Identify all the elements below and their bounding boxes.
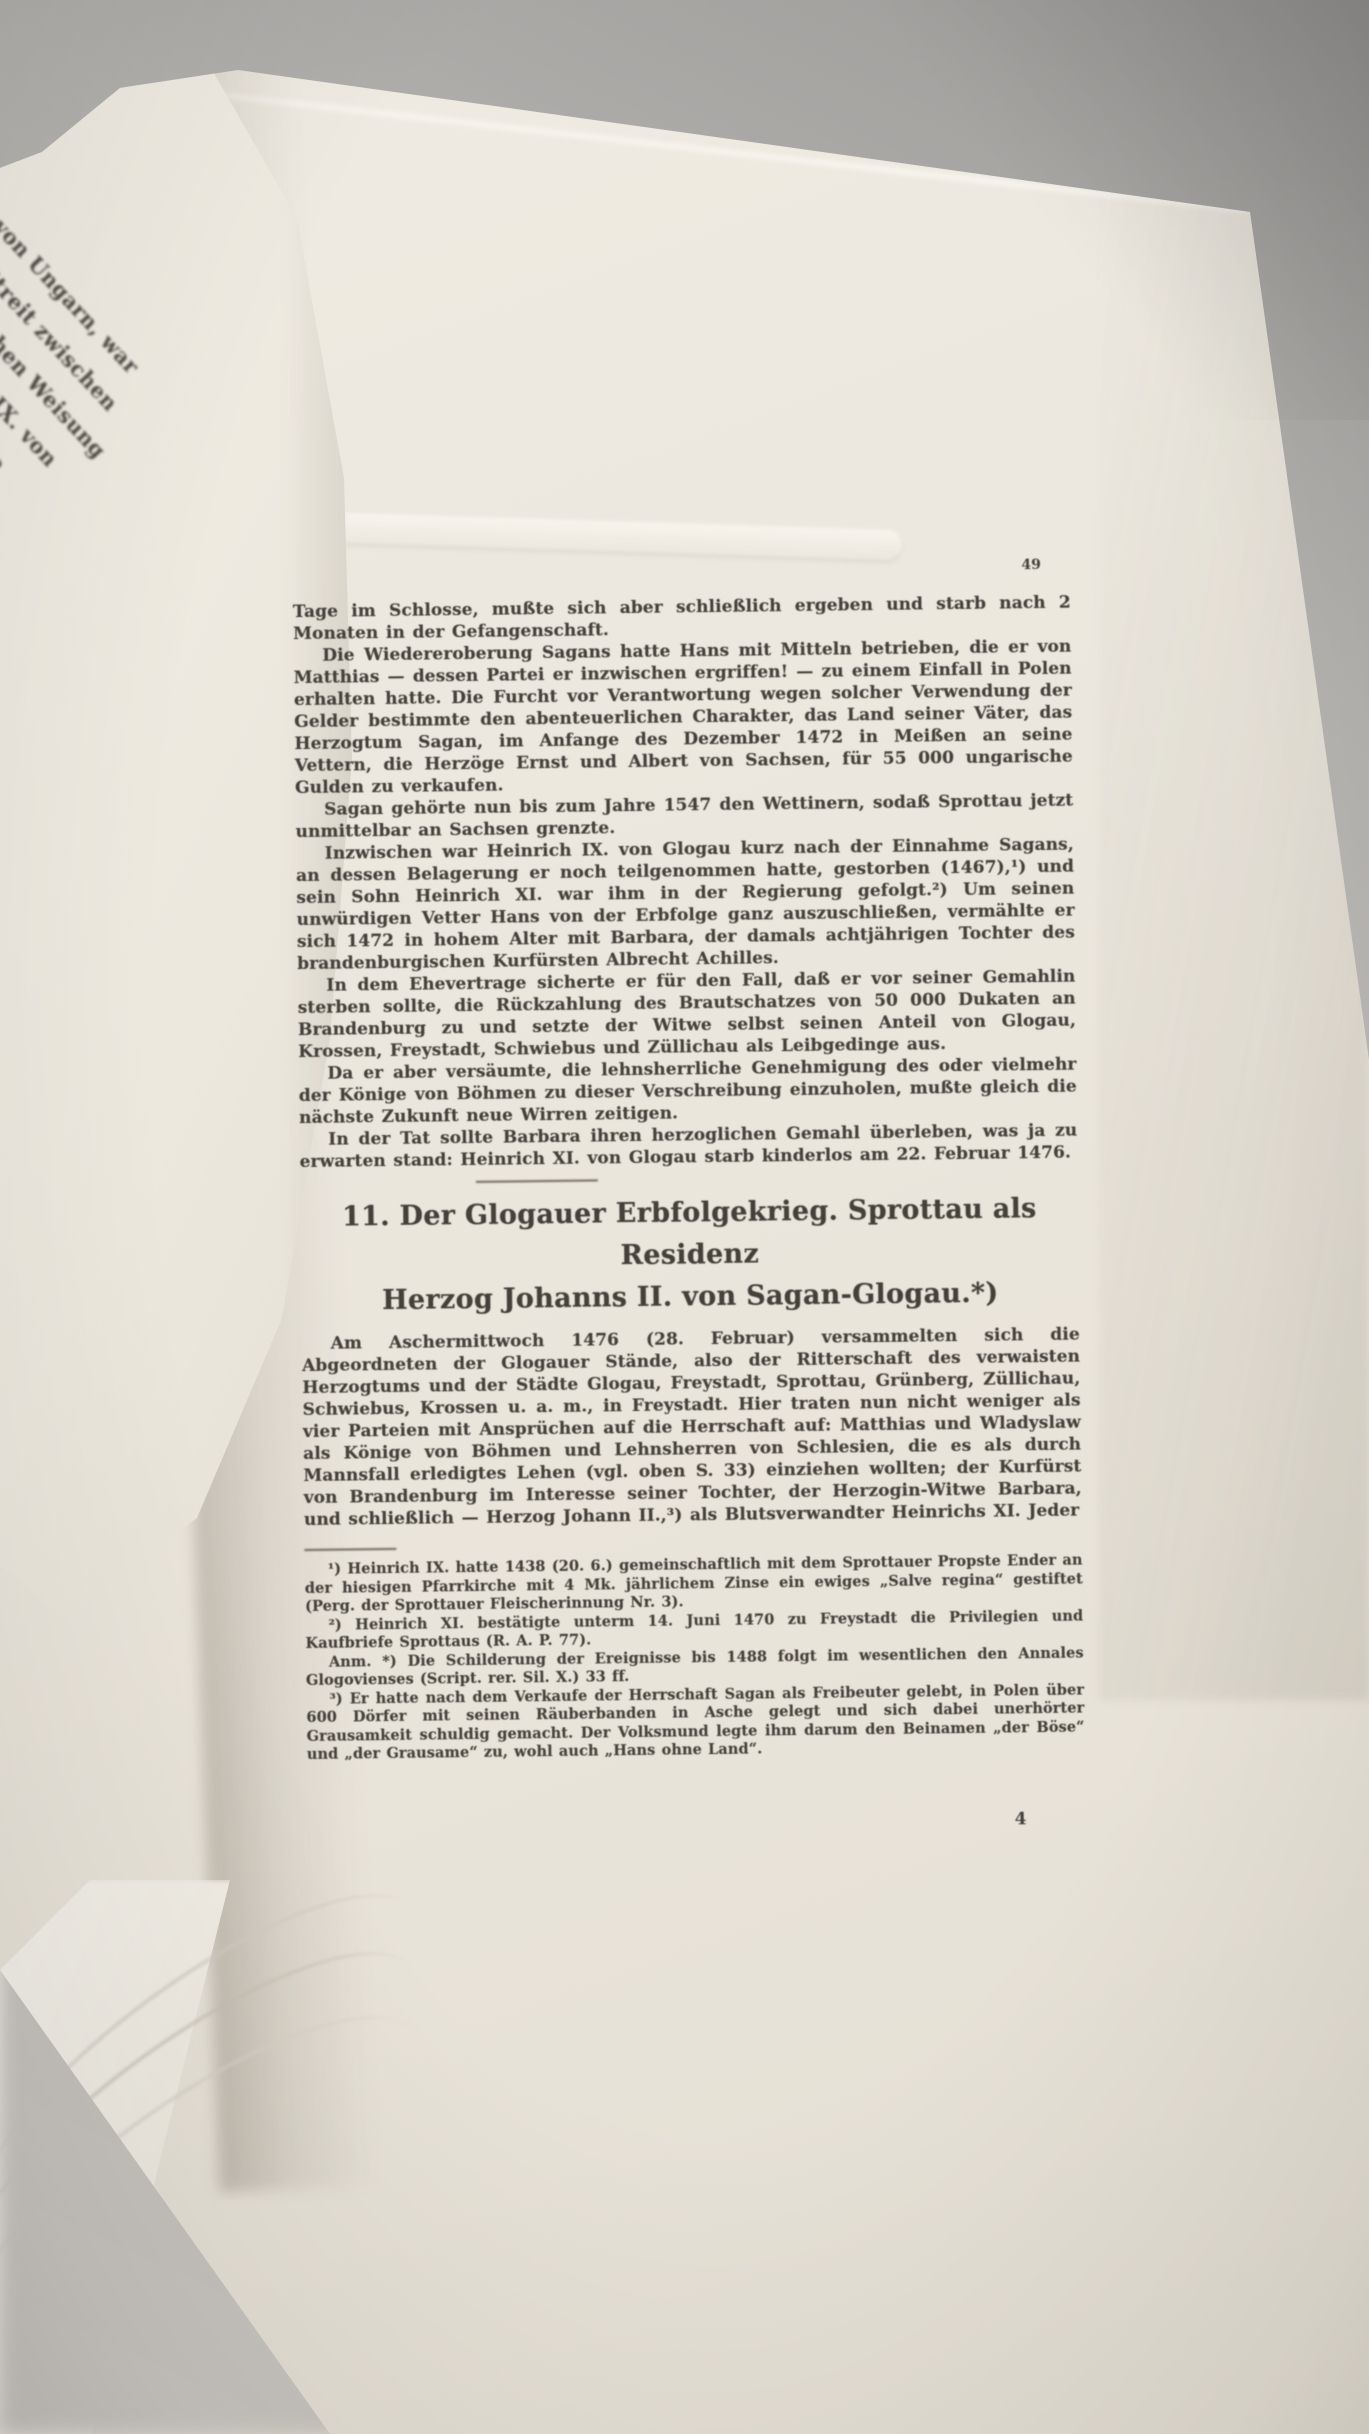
paragraph: Da er aber versäumte, die lehnsherrliche… [298,1054,1077,1129]
page-text: Tage im Schlosse, mußte sich aber schlie… [293,592,1085,1765]
paragraph-list: Tage im Schlosse, mußte sich aber schlie… [293,592,1078,1173]
footnote-divider [304,1548,396,1551]
paragraph: Inzwischen war Heinrich IX. von Glogau k… [296,834,1076,975]
book-photo: König von Ungarn, warrochene Streit zwis… [0,0,1369,2434]
paragraph: In dem Ehevertrage sicherte er für den F… [297,966,1076,1063]
chapter-heading: 11. Der Glogauer Erbfolgekrieg. Sprottau… [300,1188,1079,1323]
open-book-pages: König von Ungarn, warrochene Streit zwis… [0,0,1369,2434]
chapter-paragraph-list: Am Aschermittwoch 1476 (28. Februar) ver… [302,1324,1082,1531]
chapter-heading-line-1: 11. Der Glogauer Erbfolgekrieg. Sprottau… [300,1188,1079,1281]
right-page: 49 Tage im Schlosse, mußte sich aber sch… [0,0,1369,2434]
footnote: ¹) Heinrich IX. hatte 1438 (20. 6.) geme… [304,1552,1083,1617]
footnote-list: ¹) Heinrich IX. hatte 1438 (20. 6.) geme… [304,1552,1084,1765]
footnote: ³) Er hatte nach dem Verkaufe der Herrsc… [306,1681,1085,1764]
paragraph: In der Tat sollte Barbara ihren herzogli… [299,1120,1077,1174]
page-number-bottom: 4 [1015,1809,1027,1829]
page-number-top: 49 [1021,557,1041,573]
paragraph: Am Aschermittwoch 1476 (28. Februar) ver… [302,1324,1082,1531]
paragraph: Die Wiedereroberung Sagans hatte Hans mi… [293,636,1073,799]
section-divider [476,1179,598,1182]
chapter-heading-line-2: Herzog Johanns II. von Sagan-Glogau.*) [301,1272,1079,1324]
